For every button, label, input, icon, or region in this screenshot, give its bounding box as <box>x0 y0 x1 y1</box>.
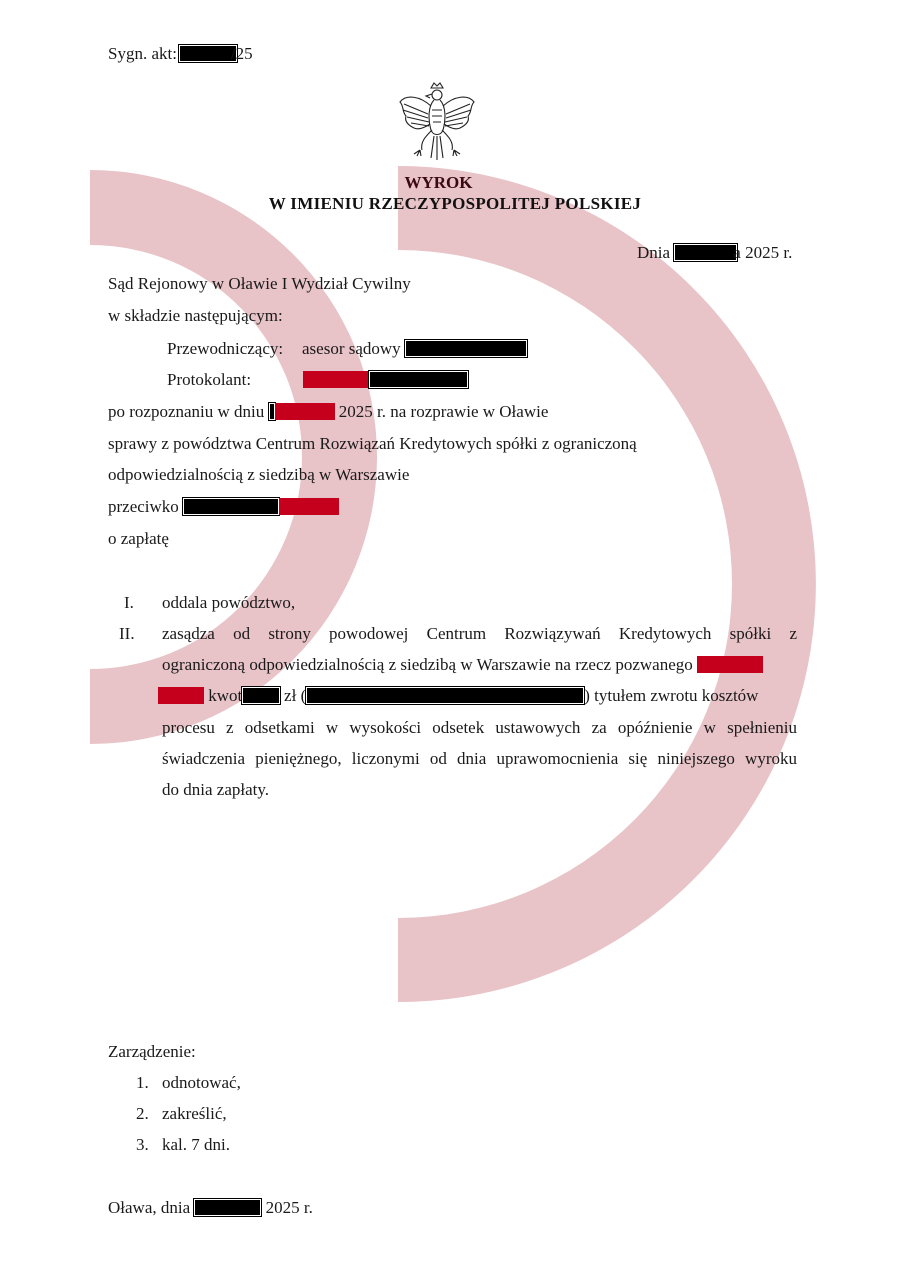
redaction-box <box>279 498 339 515</box>
watermark-arc-large <box>398 166 816 1002</box>
redaction-box <box>303 371 369 388</box>
redaction-box <box>306 687 584 704</box>
ruling-line-2-text: ograniczoną odpowiedzialnością z siedzib… <box>162 655 693 674</box>
hearing-prefix: po rozpoznaniu w dniu <box>108 402 264 421</box>
document-subtitle: W IMIENIU RZECZYPOSPOLITEJ POLSKIEJ <box>0 194 905 214</box>
currency-label: zł ( <box>284 686 306 705</box>
ruling-text-2-line-4: procesu z odsetkami w wysokości odsetek … <box>162 718 797 738</box>
judgment-date-label: Dnia <box>637 243 670 262</box>
ruling-text-2-line-2: ograniczoną odpowiedzialnością z siedzib… <box>162 655 763 675</box>
document-title: WYROK <box>0 173 877 193</box>
ruling-text-2-line-1: zasądza od strony powodowej Centrum Rozw… <box>162 624 797 644</box>
hearing-suffix: 2025 r. na rozprawie w Oławie <box>339 402 549 421</box>
chair-value: asesor sądowy <box>302 339 527 359</box>
judgment-date-suffix: a 2025 r. <box>733 243 792 262</box>
signature-date-suffix: 2025 r. <box>266 1198 313 1217</box>
order-num-3: 3. <box>136 1135 149 1155</box>
clerk-value <box>303 370 468 390</box>
redaction-box <box>697 656 763 673</box>
chair-label: Przewodniczący: <box>167 339 283 359</box>
order-title: Zarządzenie: <box>108 1042 196 1062</box>
order-num-1: 1. <box>136 1073 149 1093</box>
redaction-box <box>194 1199 261 1216</box>
case-number: Sygn. akt:/25 <box>108 44 253 64</box>
redaction-box <box>275 403 335 420</box>
ruling-line-3-end: ) tytułem zwrotu kosztów <box>584 686 758 705</box>
hearing-line: po rozpoznaniu w dniu 2025 r. na rozpraw… <box>108 402 548 422</box>
ruling-text-2-line-6: do dnia zapłaty. <box>162 780 269 800</box>
composition-label: w składzie następującym: <box>108 306 283 326</box>
against-label: przeciwko <box>108 497 179 516</box>
order-item-1: odnotować, <box>162 1073 241 1093</box>
order-item-2: zakreślić, <box>162 1104 227 1124</box>
chair-title: asesor sądowy <box>302 339 401 358</box>
court-name: Sąd Rejonowy w Oławie I Wydział Cywilny <box>108 274 411 294</box>
ruling-num-2: II. <box>119 624 135 644</box>
ruling-text-2-line-3: kwotę zł () tytułem zwrotu kosztów <box>158 686 758 706</box>
redaction-box <box>183 498 279 515</box>
signature-date: Oława, dnia 2025 r. <box>108 1198 313 1218</box>
redaction-box <box>369 371 468 388</box>
polish-eagle-emblem-icon <box>398 80 476 164</box>
case-line-1: sprawy z powództwa Centrum Rozwiązań Kre… <box>108 434 637 454</box>
redaction-box <box>179 45 237 62</box>
clerk-label: Protokolant: <box>167 370 251 390</box>
order-num-2: 2. <box>136 1104 149 1124</box>
case-number-suffix: /25 <box>231 44 253 63</box>
case-subject: o zapłatę <box>108 529 169 549</box>
case-number-label: Sygn. akt: <box>108 44 177 63</box>
signature-date-prefix: Oława, dnia <box>108 1198 190 1217</box>
defendant-line: przeciwko <box>108 497 339 517</box>
redaction-box <box>674 244 737 261</box>
ruling-text-2-line-5: świadczenia pieniężnego, liczonymi od dn… <box>162 749 797 769</box>
ruling-num-1: I. <box>124 593 134 613</box>
redaction-box <box>405 340 527 357</box>
redaction-box <box>158 687 204 704</box>
redaction-box <box>242 687 280 704</box>
judgment-date: Dnia a 2025 r. <box>637 243 792 263</box>
case-line-2: odpowiedzialnością z siedzibą w Warszawi… <box>108 465 409 485</box>
order-item-3: kal. 7 dni. <box>162 1135 230 1155</box>
ruling-text-1: oddala powództwo, <box>162 593 295 613</box>
